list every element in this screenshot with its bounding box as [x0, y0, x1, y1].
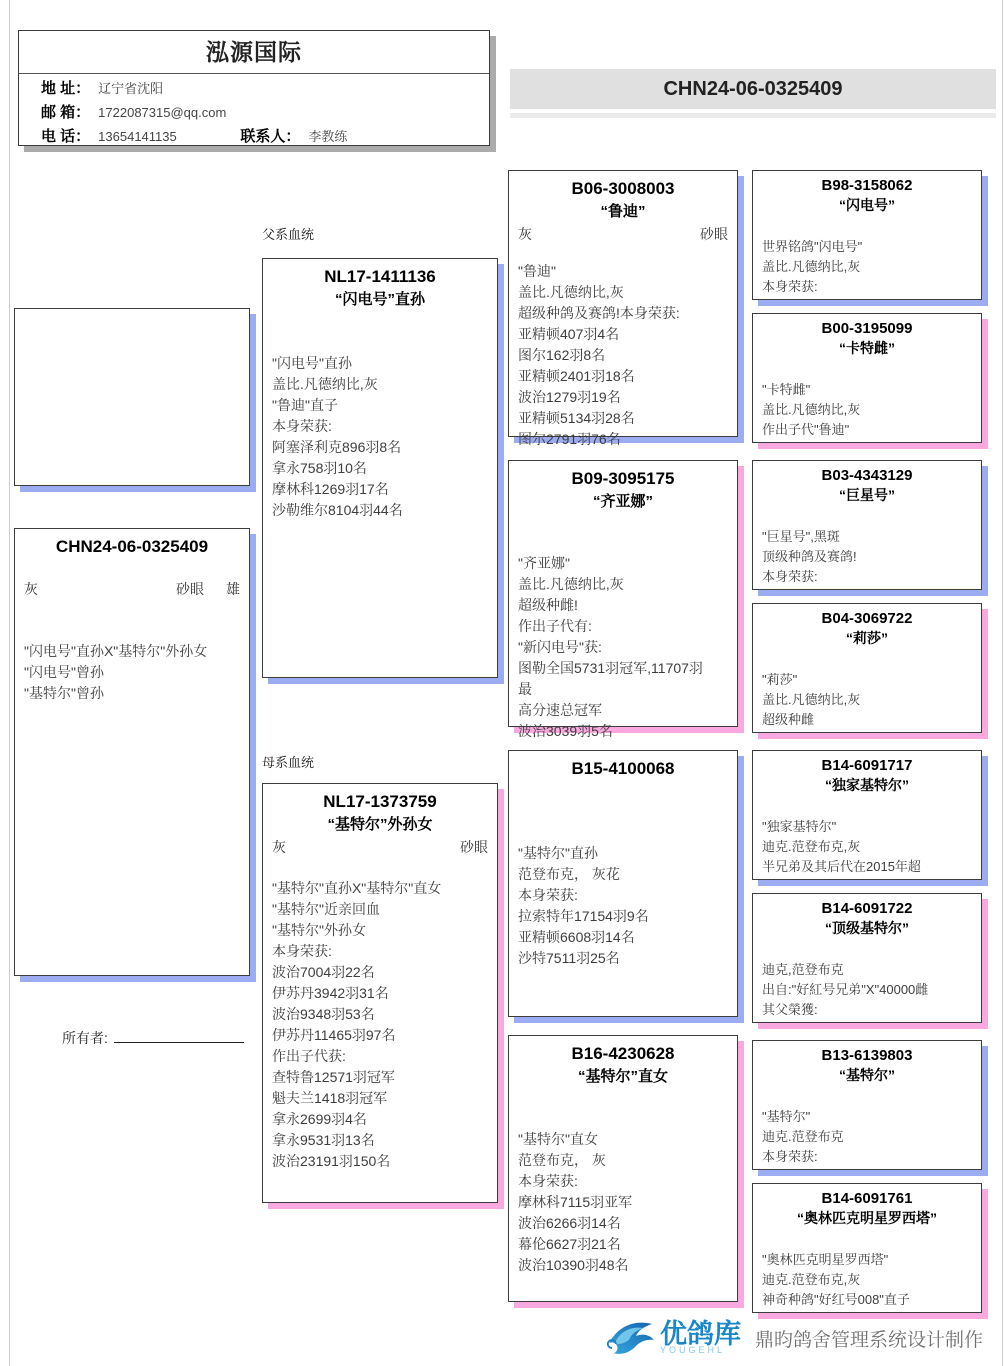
- email-label: 邮 箱：: [41, 104, 90, 121]
- subject-meta-row: 灰 砂眼雄: [15, 579, 249, 599]
- address-label: 地 址：: [41, 80, 90, 97]
- mother-color: 灰: [272, 837, 286, 857]
- pigeon-details: "基特尔" 迪克.范登布克 本身荣获:: [753, 1107, 981, 1167]
- subject-ring-number: CHN24-06-0325409: [15, 529, 249, 557]
- ring-number: B09-3095175: [509, 461, 737, 489]
- loft-address-row: 地 址：辽宁省沈阳: [19, 77, 489, 98]
- page-right-border: [1002, 0, 1003, 1366]
- ring-number: B15-4100068: [509, 751, 737, 779]
- pigeon-details: "基特尔"直孙 范登布克， 灰花 本身荣获: 拉索特年17154羽9名 亚精顿6…: [509, 843, 737, 969]
- pigeon-name: “莉莎”: [753, 628, 981, 648]
- mother-eye: 砂眼: [460, 839, 488, 855]
- owner-row: 所有者:: [62, 1028, 244, 1048]
- pigeon-name: “奥林匹克明星罗西塔”: [753, 1208, 981, 1228]
- owner-label: 所有者:: [62, 1030, 108, 1046]
- pigeon-details: "齐亚娜" 盖比.凡德纳比,灰 超级种雌! 作出子代有: "新闪电号"获: 图勒…: [509, 553, 737, 742]
- paternal-grandmother-box: B09-3095175 “齐亚娜” "齐亚娜" 盖比.凡德纳比,灰 超级种雌! …: [508, 460, 738, 727]
- subject-eye: 砂眼: [176, 581, 204, 597]
- loft-info-card: 泓源国际 地 址：辽宁省沈阳 邮 箱：1722087315@qq.com 电 话…: [18, 30, 490, 146]
- owner-signature-line: [114, 1028, 244, 1043]
- pigeon-details: "鲁迪" 盖比.凡德纳比,灰 超级种鸽及赛鸽!本身荣获: 亚精顿407羽4名 图…: [509, 261, 737, 450]
- maternal-grandmother-box: B16-4230628 “基特尔”直女 "基特尔"直女 范登布克， 灰 本身荣获…: [508, 1035, 738, 1302]
- pigeon-details: "基特尔"直女 范登布克， 灰 本身荣获: 摩林科7115羽亚军 波治6266羽…: [509, 1129, 737, 1276]
- logo-name: 优鸽库: [660, 1321, 741, 1347]
- great-grandparent-box-6: B14-6091722 “顶级基特尔” 迪克,范登布克 出自:"好紅号兄弟"X"…: [752, 893, 982, 1023]
- phone-value: 13654141135: [98, 129, 177, 144]
- photo-placeholder: [14, 308, 250, 486]
- pigeon-details: "巨星号",黑斑 顶级种鸽及赛鸽! 本身荣获:: [753, 527, 981, 587]
- footer: 优鸽库 YOUGEHL 鼎昀鸽舍管理系统设计制作: [602, 1312, 1002, 1364]
- subject-details: "闪电号"直孙X"基特尔"外孙女 "闪电号"曾孙 "基特尔"曾孙: [15, 641, 249, 704]
- banner-underline-strip: [510, 113, 996, 118]
- father-ring-number: NL17-1411136: [263, 259, 497, 287]
- logo-text-wrap: 优鸽库 YOUGEHL: [660, 1321, 741, 1355]
- pigeon-name: “巨星号”: [753, 485, 981, 505]
- pigeon-details: "奥林匹克明星罗西塔" 迪克.范登布克,灰 神奇种鸽"好红号008"直子: [753, 1250, 981, 1310]
- mother-details: "基特尔"直孙X"基特尔"直女 "基特尔"近亲回血 "基特尔"外孙女 本身荣获:…: [263, 878, 497, 1172]
- subject-box: CHN24-06-0325409 灰 砂眼雄 "闪电号"直孙X"基特尔"外孙女 …: [14, 528, 250, 976]
- ring-number: B04-3069722: [753, 604, 981, 627]
- pigeon-name: “闪电号”: [753, 195, 981, 215]
- pigeon-color: 灰: [518, 224, 532, 244]
- pigeon-details: 世界铭鸽"闪电号" 盖比.凡德纳比,灰 本身荣获:: [753, 237, 981, 297]
- great-grandparent-box-5: B14-6091717 “独家基特尔” "独家基特尔" 迪克.范登布克,灰 半兄…: [752, 750, 982, 880]
- email-value: 1722087315@qq.com: [98, 105, 226, 120]
- page-left-border: [9, 0, 10, 1366]
- pigeon-name: “鲁迪”: [509, 200, 737, 221]
- pigeon-eye: 砂眼: [700, 226, 728, 242]
- pigeon-details: "莉莎" 盖比.凡德纳比,灰 超级种雌: [753, 670, 981, 730]
- pigeon-details: 迪克,范登布克 出自:"好紅号兄弟"X"40000雌 其父榮獲:: [753, 960, 981, 1020]
- ring-number: B00-3195099: [753, 314, 981, 337]
- pigeon-name: “齐亚娜”: [509, 490, 737, 511]
- ring-number: B14-6091717: [753, 751, 981, 774]
- pigeon-name: “卡特雌”: [753, 338, 981, 358]
- pigeon-details: "独家基特尔" 迪克.范登布克,灰 半兄弟及其后代在2015年超: [753, 817, 981, 877]
- subject-sex: 雄: [226, 581, 240, 597]
- phone-label: 电 话：: [41, 128, 90, 145]
- loft-phone-row: 电 话：13654141135 联系人：李教练: [19, 125, 489, 146]
- mother-ring-number: NL17-1373759: [263, 784, 497, 812]
- contact-label: 联系人：: [240, 128, 300, 145]
- yougeku-logo-icon: [602, 1313, 656, 1364]
- pedigree-certificate-page: 泓源国际 地 址：辽宁省沈阳 邮 箱：1722087315@qq.com 电 话…: [0, 0, 1006, 1366]
- pigeon-name: “顶级基特尔”: [753, 918, 981, 938]
- ring-number: B14-6091722: [753, 894, 981, 917]
- father-details: "闪电号"直孙 盖比.凡德纳比,灰 "鲁迪"直子 本身荣获: 阿塞泽利克896羽…: [263, 353, 497, 521]
- ring-number: B03-4343129: [753, 461, 981, 484]
- pigeon-details: "卡特雌" 盖比.凡德纳比,灰 作出子代"鲁迪": [753, 380, 981, 440]
- address-value: 辽宁省沈阳: [98, 81, 163, 96]
- great-grandparent-box-3: B03-4343129 “巨星号” "巨星号",黑斑 顶级种鸽及赛鸽! 本身荣获…: [752, 460, 982, 590]
- loft-email-row: 邮 箱：1722087315@qq.com: [19, 101, 489, 122]
- ring-number: B14-6091761: [753, 1184, 981, 1207]
- maternal-grandfather-box: B15-4100068 "基特尔"直孙 范登布克， 灰花 本身荣获: 拉索特年1…: [508, 750, 738, 1017]
- mother-meta-row: 灰 砂眼: [263, 837, 497, 857]
- ring-number: B13-6139803: [753, 1041, 981, 1064]
- great-grandparent-box-4: B04-3069722 “莉莎” "莉莎" 盖比.凡德纳比,灰 超级种雌: [752, 603, 982, 733]
- ring-number: B98-3158062: [753, 171, 981, 194]
- mother-box: NL17-1373759 “基特尔”外孙女 灰 砂眼 "基特尔"直孙X"基特尔"…: [262, 783, 498, 1203]
- ring-number-banner: CHN24-06-0325409: [510, 69, 996, 109]
- pigeon-name: “基特尔”直女: [509, 1065, 737, 1086]
- ring-number: B16-4230628: [509, 1036, 737, 1064]
- subject-color: 灰: [24, 579, 38, 599]
- father-box: NL17-1411136 “闪电号”直孙 "闪电号"直孙 盖比.凡德纳比,灰 "…: [262, 258, 498, 678]
- pigeon-name: “基特尔”: [753, 1065, 981, 1085]
- great-grandparent-box-1: B98-3158062 “闪电号” 世界铭鸽"闪电号" 盖比.凡德纳比,灰 本身…: [752, 170, 982, 300]
- paternal-grandfather-box: B06-3008003 “鲁迪” 灰 砂眼 "鲁迪" 盖比.凡德纳比,灰 超级种…: [508, 170, 738, 437]
- loft-name: 泓源国际: [19, 31, 489, 74]
- maternal-branch-label: 母系血统: [262, 752, 314, 771]
- great-grandparent-box-8: B14-6091761 “奥林匹克明星罗西塔” "奥林匹克明星罗西塔" 迪克.范…: [752, 1183, 982, 1313]
- contact-value: 李教练: [308, 129, 347, 144]
- paternal-branch-label: 父系血统: [262, 224, 314, 243]
- ring-number: B06-3008003: [509, 171, 737, 199]
- great-grandparent-box-2: B00-3195099 “卡特雌” "卡特雌" 盖比.凡德纳比,灰 作出子代"鲁…: [752, 313, 982, 443]
- father-name: “闪电号”直孙: [263, 288, 497, 309]
- great-grandparent-box-7: B13-6139803 “基特尔” "基特尔" 迪克.范登布克 本身荣获:: [752, 1040, 982, 1170]
- footer-tagline: 鼎昀鸽舍管理系统设计制作: [755, 1325, 983, 1352]
- mother-name: “基特尔”外孙女: [263, 813, 497, 834]
- meta-row: 灰 砂眼: [509, 224, 737, 244]
- pigeon-name: “独家基特尔”: [753, 775, 981, 795]
